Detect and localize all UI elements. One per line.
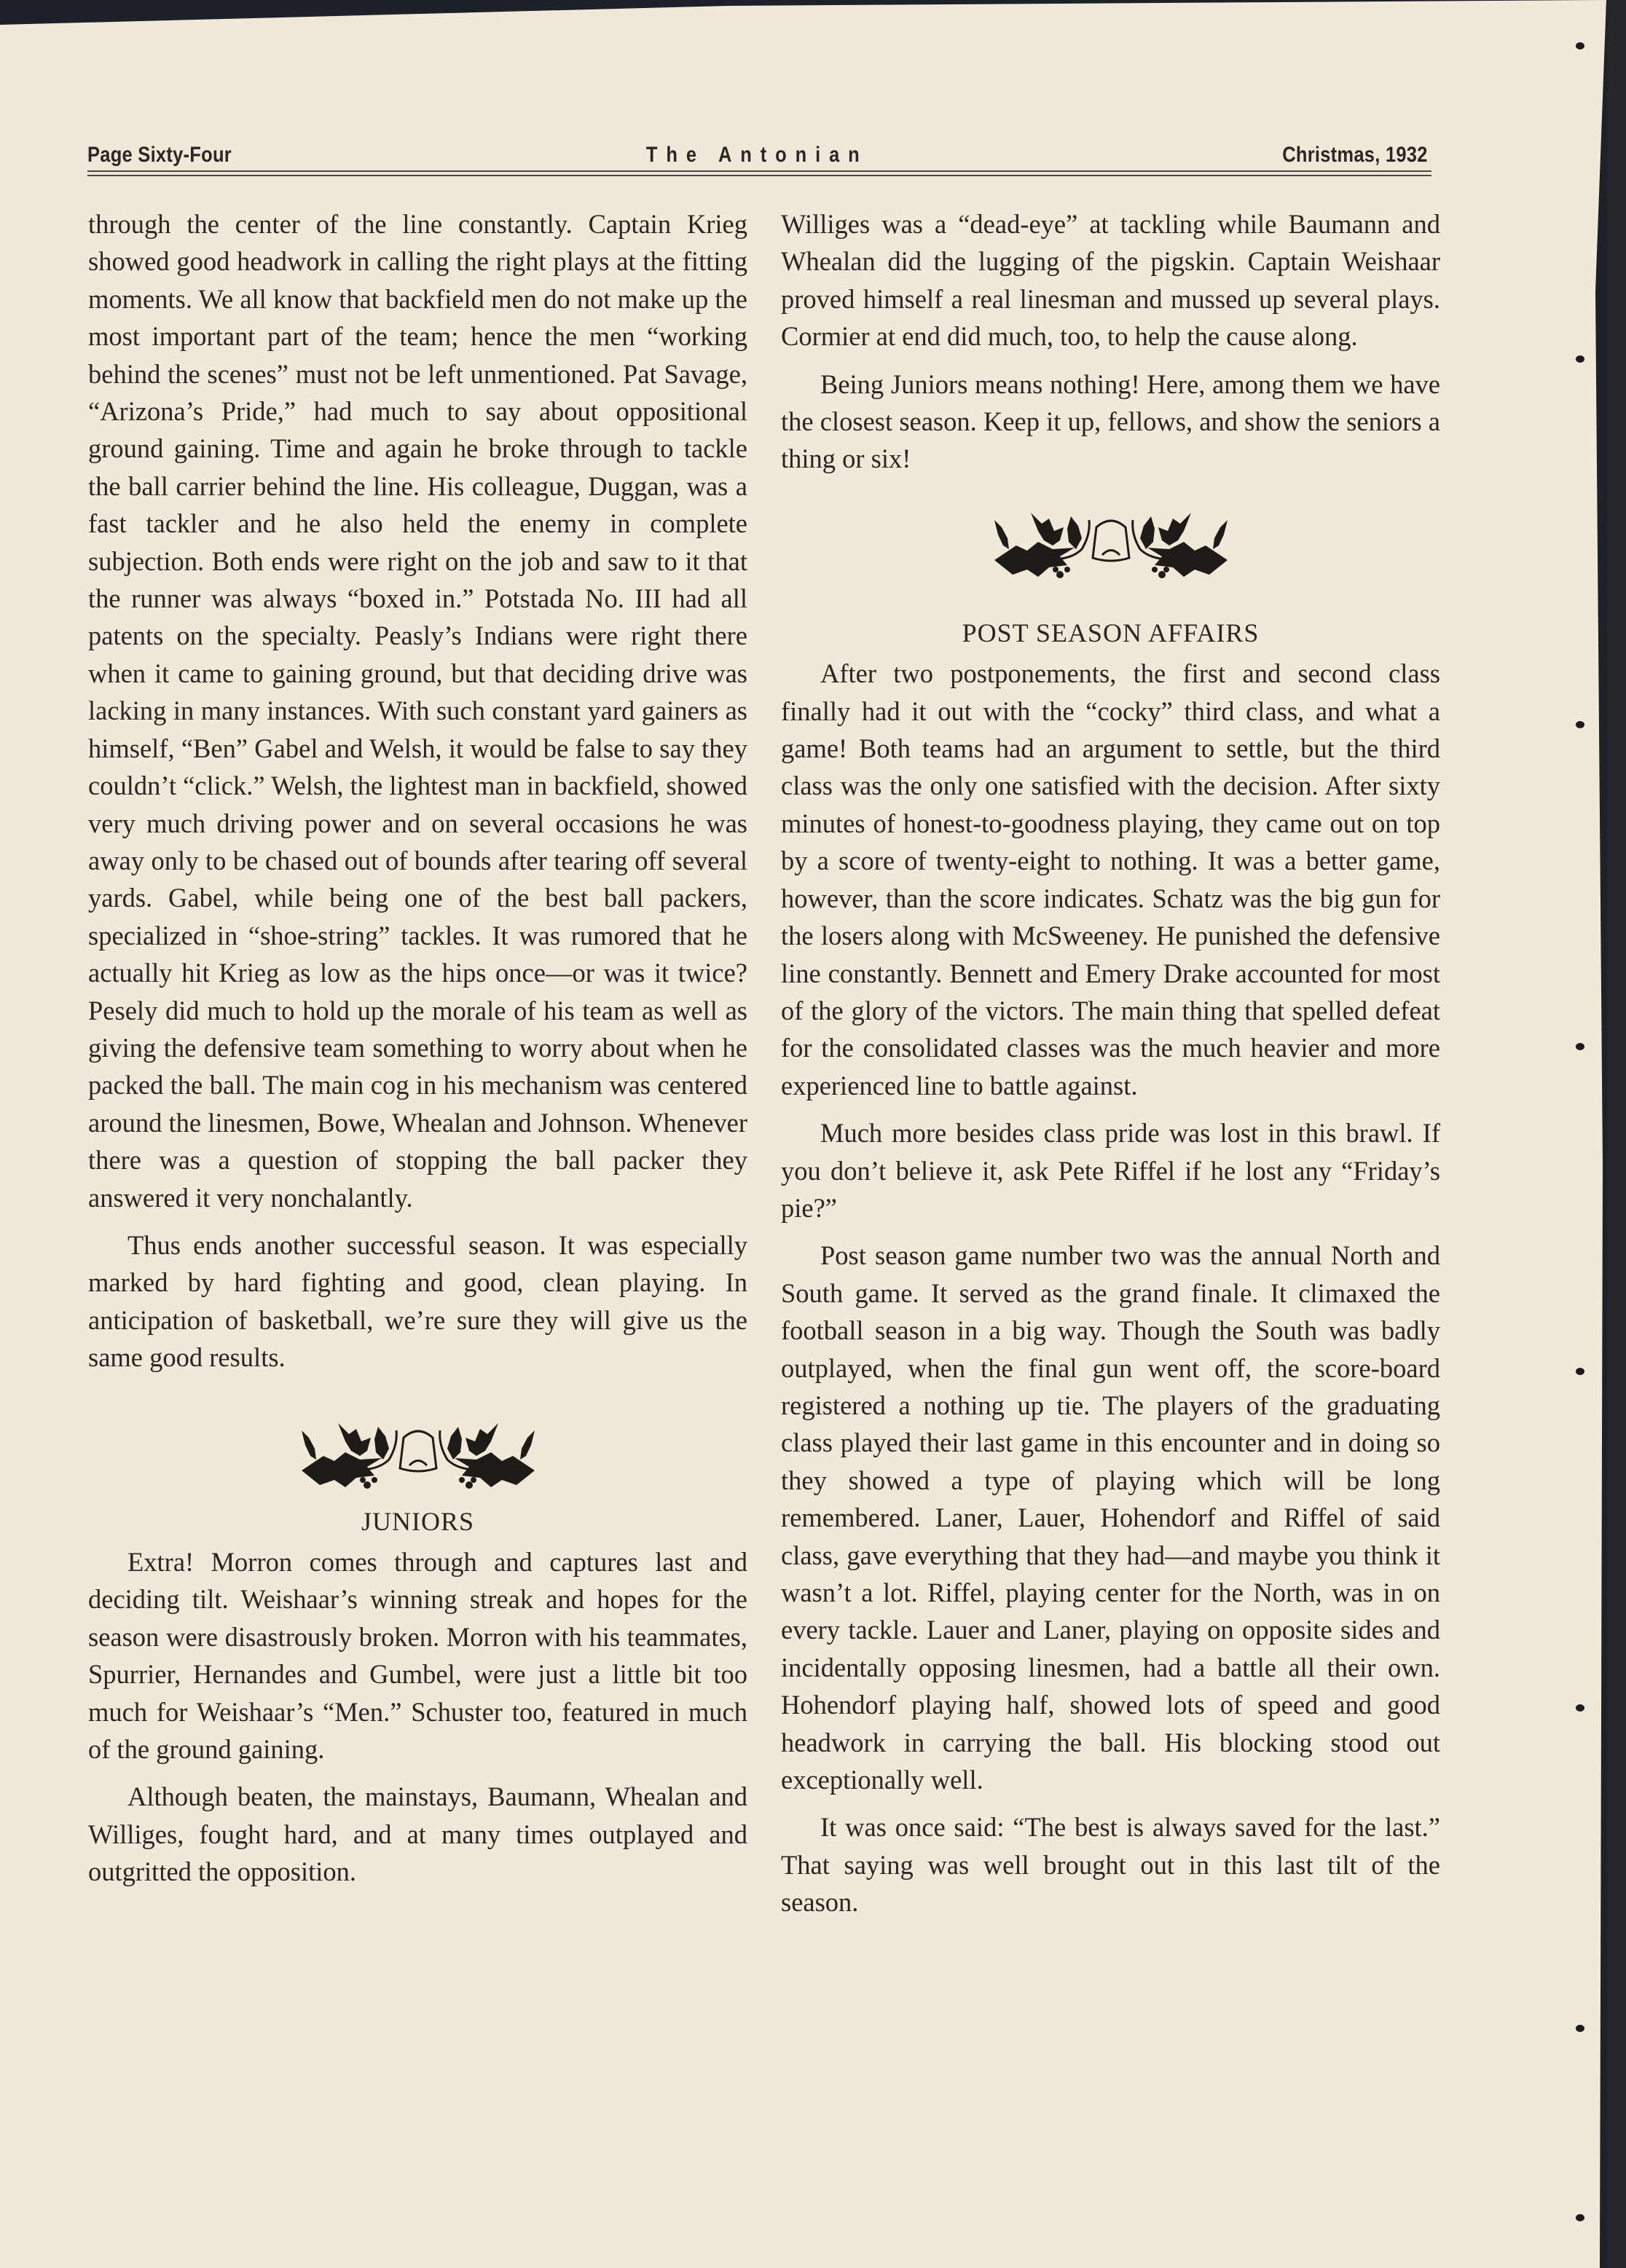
paragraph: It was once said: “The best is always sa… bbox=[781, 1808, 1440, 1921]
section-title: POST SEASON AFFAIRS bbox=[781, 615, 1440, 652]
left-column: through the center of the line constantl… bbox=[88, 205, 747, 1901]
paragraph: Post season game number two was the annu… bbox=[781, 1237, 1440, 1798]
paragraph: After two postponements, the first and s… bbox=[781, 655, 1440, 1104]
binding-edge bbox=[1607, 0, 1626, 2268]
paragraph: through the center of the line constantl… bbox=[88, 205, 747, 1216]
paragraph: Being Juniors means nothing! Here, among… bbox=[781, 366, 1440, 478]
header-rule-top bbox=[87, 170, 1431, 172]
paragraph: Williges was a “dead-eye” at tackling wh… bbox=[781, 205, 1440, 355]
paragraph: Although beaten, the mainstays, Baumann,… bbox=[88, 1778, 747, 1890]
running-header: Page Sixty-Four The Antonian Christmas, … bbox=[87, 143, 1428, 168]
holly-ornament-icon bbox=[987, 505, 1235, 586]
header-rule-bottom bbox=[87, 175, 1431, 176]
right-column: Williges was a “dead-eye” at tackling wh… bbox=[781, 205, 1440, 1932]
paragraph: Much more besides class pride was lost i… bbox=[781, 1114, 1440, 1226]
paragraph: Thus ends another successful season. It … bbox=[88, 1226, 747, 1377]
page-number: Page Sixty-Four bbox=[87, 143, 232, 168]
issue-date: Christmas, 1932 bbox=[1283, 143, 1428, 168]
holly-ornament-icon bbox=[294, 1416, 542, 1496]
publication-title: The Antonian bbox=[646, 143, 868, 168]
section-title: JUNIORS bbox=[88, 1503, 747, 1540]
paragraph: Extra! Morron comes through and captures… bbox=[88, 1543, 747, 1768]
